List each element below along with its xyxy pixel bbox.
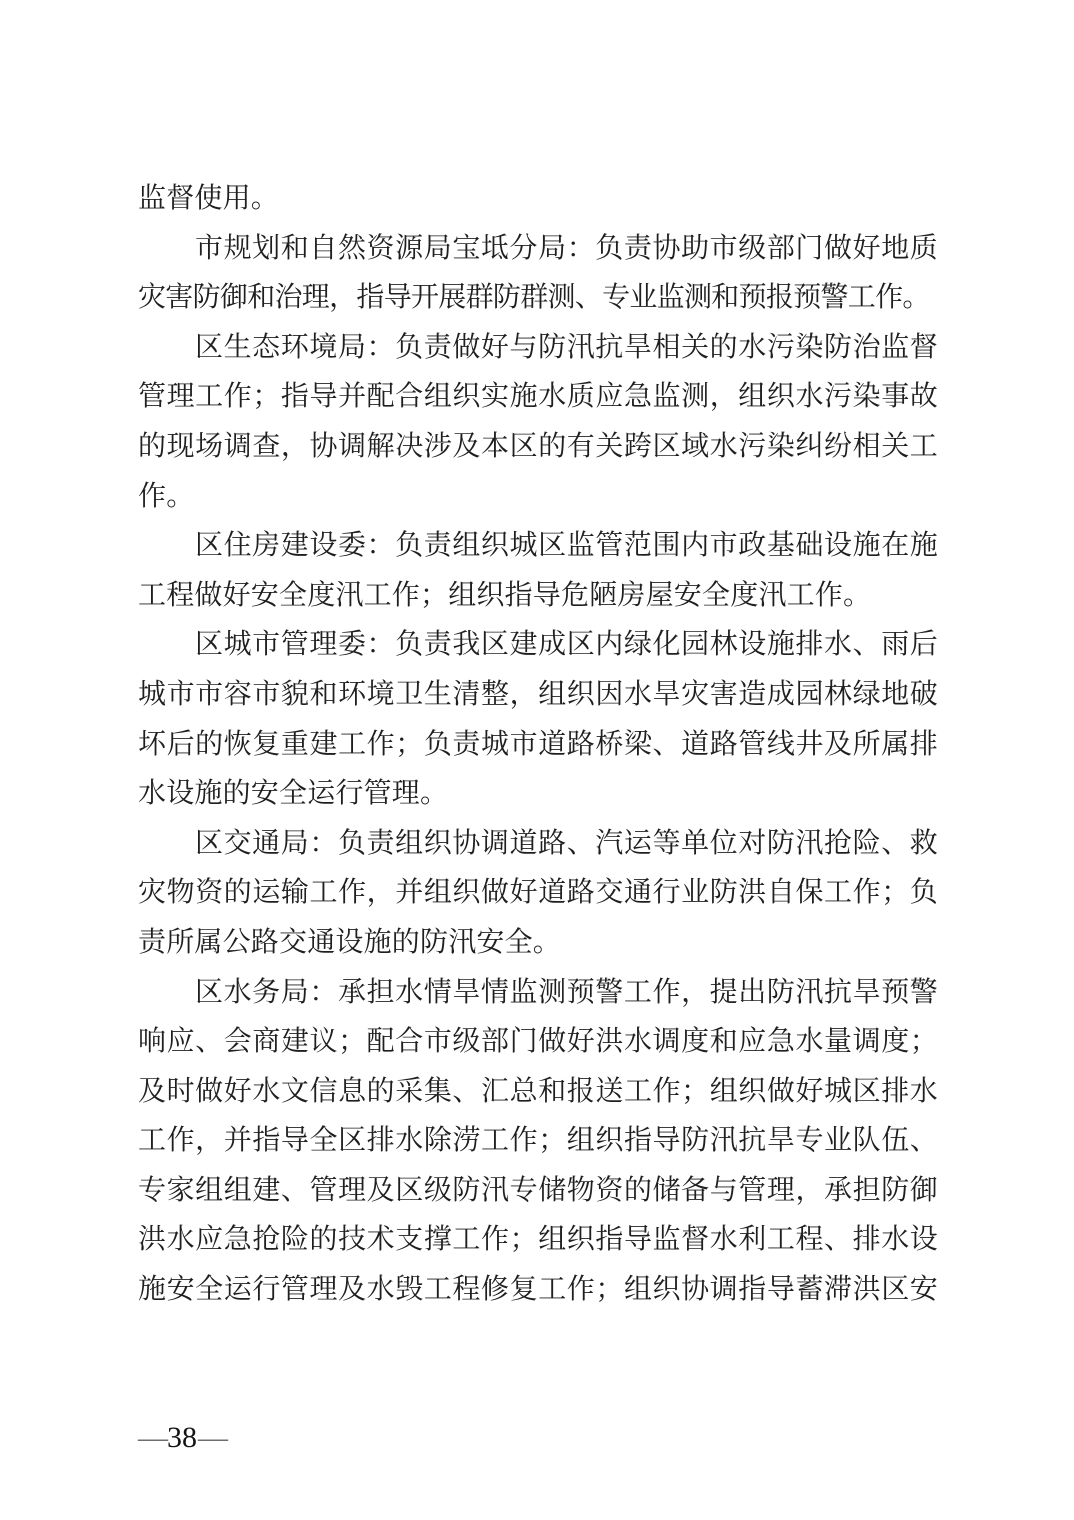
text-line: 灾物资的运输工作，并组织做好道路交通行业防洪自保工作；负	[138, 868, 938, 918]
text-line: 作。	[138, 472, 938, 522]
text-line: 响应、会商建议；配合市级部门做好洪水调度和应急水量调度；	[138, 1017, 938, 1067]
text-line: 专家组组建、管理及区级防汛专储物资的储备与管理，承担防御	[138, 1166, 938, 1216]
document-body: 监督使用。市规划和自然资源局宝坻分局：负责协助市级部门做好地质灾害防御和治理，指…	[138, 174, 938, 1315]
text-line: 工程做好安全度汛工作；组织指导危陋房屋安全度汛工作。	[138, 571, 938, 621]
text-line: 区交通局：负责组织协调道路、汽运等单位对防汛抢险、救	[138, 819, 938, 869]
text-line: 坏后的恢复重建工作；负责城市道路桥梁、道路管线井及所属排	[138, 720, 938, 770]
text-line: 工作，并指导全区排水除涝工作；组织指导防汛抗旱专业队伍、	[138, 1116, 938, 1166]
page-number-right-dash: —	[198, 1421, 226, 1454]
paragraph: 监督使用。	[138, 174, 938, 224]
text-line: 施安全运行管理及水毁工程修复工作；组织协调指导蓄滞洪区安	[138, 1265, 938, 1315]
text-line: 区城市管理委：负责我区建成区内绿化园林设施排水、雨后	[138, 620, 938, 670]
page-number-value: 38	[166, 1421, 198, 1454]
text-line: 区水务局：承担水情旱情监测预警工作，提出防汛抗旱预警	[138, 968, 938, 1018]
text-line: 灾害防御和治理，指导开展群防群测、专业监测和预报预警工作。	[138, 273, 938, 323]
text-line: 洪水应急抢险的技术支撑工作；组织指导监督水利工程、排水设	[138, 1215, 938, 1265]
text-line: 管理工作；指导并配合组织实施水质应急监测，组织水污染事故	[138, 372, 938, 422]
text-line: 水设施的安全运行管理。	[138, 769, 938, 819]
paragraph: 区交通局：负责组织协调道路、汽运等单位对防汛抢险、救灾物资的运输工作，并组织做好…	[138, 819, 938, 968]
paragraph: 区水务局：承担水情旱情监测预警工作，提出防汛抗旱预警响应、会商建议；配合市级部门…	[138, 968, 938, 1315]
paragraph: 区生态环境局：负责做好与防汛抗旱相关的水污染防治监督管理工作；指导并配合组织实施…	[138, 323, 938, 521]
text-line: 城市市容市貌和环境卫生清整，组织因水旱灾害造成园林绿地破	[138, 670, 938, 720]
text-line: 区住房建设委：负责组织城区监管范围内市政基础设施在施	[138, 521, 938, 571]
text-line: 责所属公路交通设施的防汛安全。	[138, 918, 938, 968]
document-page: 监督使用。市规划和自然资源局宝坻分局：负责协助市级部门做好地质灾害防御和治理，指…	[0, 0, 1074, 1520]
page-number: —38—	[138, 1415, 226, 1461]
text-line: 监督使用。	[138, 174, 938, 224]
paragraph: 区城市管理委：负责我区建成区内绿化园林设施排水、雨后城市市容市貌和环境卫生清整，…	[138, 620, 938, 818]
text-line: 的现场调查，协调解决涉及本区的有关跨区域水污染纠纷相关工	[138, 422, 938, 472]
text-line: 区生态环境局：负责做好与防汛抗旱相关的水污染防治监督	[138, 323, 938, 373]
page-number-left-dash: —	[138, 1421, 166, 1454]
text-line: 市规划和自然资源局宝坻分局：负责协助市级部门做好地质	[138, 224, 938, 274]
paragraph: 区住房建设委：负责组织城区监管范围内市政基础设施在施工程做好安全度汛工作；组织指…	[138, 521, 938, 620]
paragraph: 市规划和自然资源局宝坻分局：负责协助市级部门做好地质灾害防御和治理，指导开展群防…	[138, 224, 938, 323]
text-line: 及时做好水文信息的采集、汇总和报送工作；组织做好城区排水	[138, 1067, 938, 1117]
